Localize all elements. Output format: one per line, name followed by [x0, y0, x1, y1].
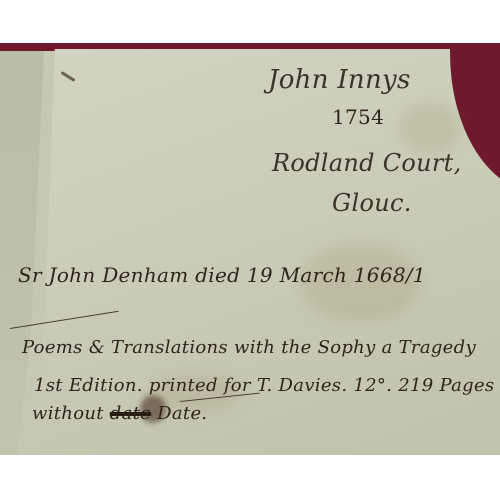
- note-line-death-date: Sr John Denham died 19 March 1668/1: [18, 263, 426, 287]
- document-photo: John Innys 1754 Rodland Court, Glouc. Sr…: [0, 43, 500, 455]
- paper-stain: [400, 103, 460, 153]
- owner-name: John Innys: [268, 65, 411, 95]
- note-word-date: Date.: [157, 403, 207, 424]
- note-struck-word: date: [110, 403, 151, 424]
- note-line-edition: 1st Edition. printed for T. Davies. 12°.…: [34, 375, 494, 396]
- owner-address-line1: Rodland Court,: [272, 149, 462, 177]
- note-line-title: Poems & Translations with the Sophy a Tr…: [22, 337, 476, 358]
- owner-year: 1754: [332, 105, 384, 129]
- note-line-without-date: without date Date.: [32, 403, 207, 424]
- owner-address-line2: Glouc.: [332, 189, 412, 217]
- note-word-without: without: [32, 403, 104, 424]
